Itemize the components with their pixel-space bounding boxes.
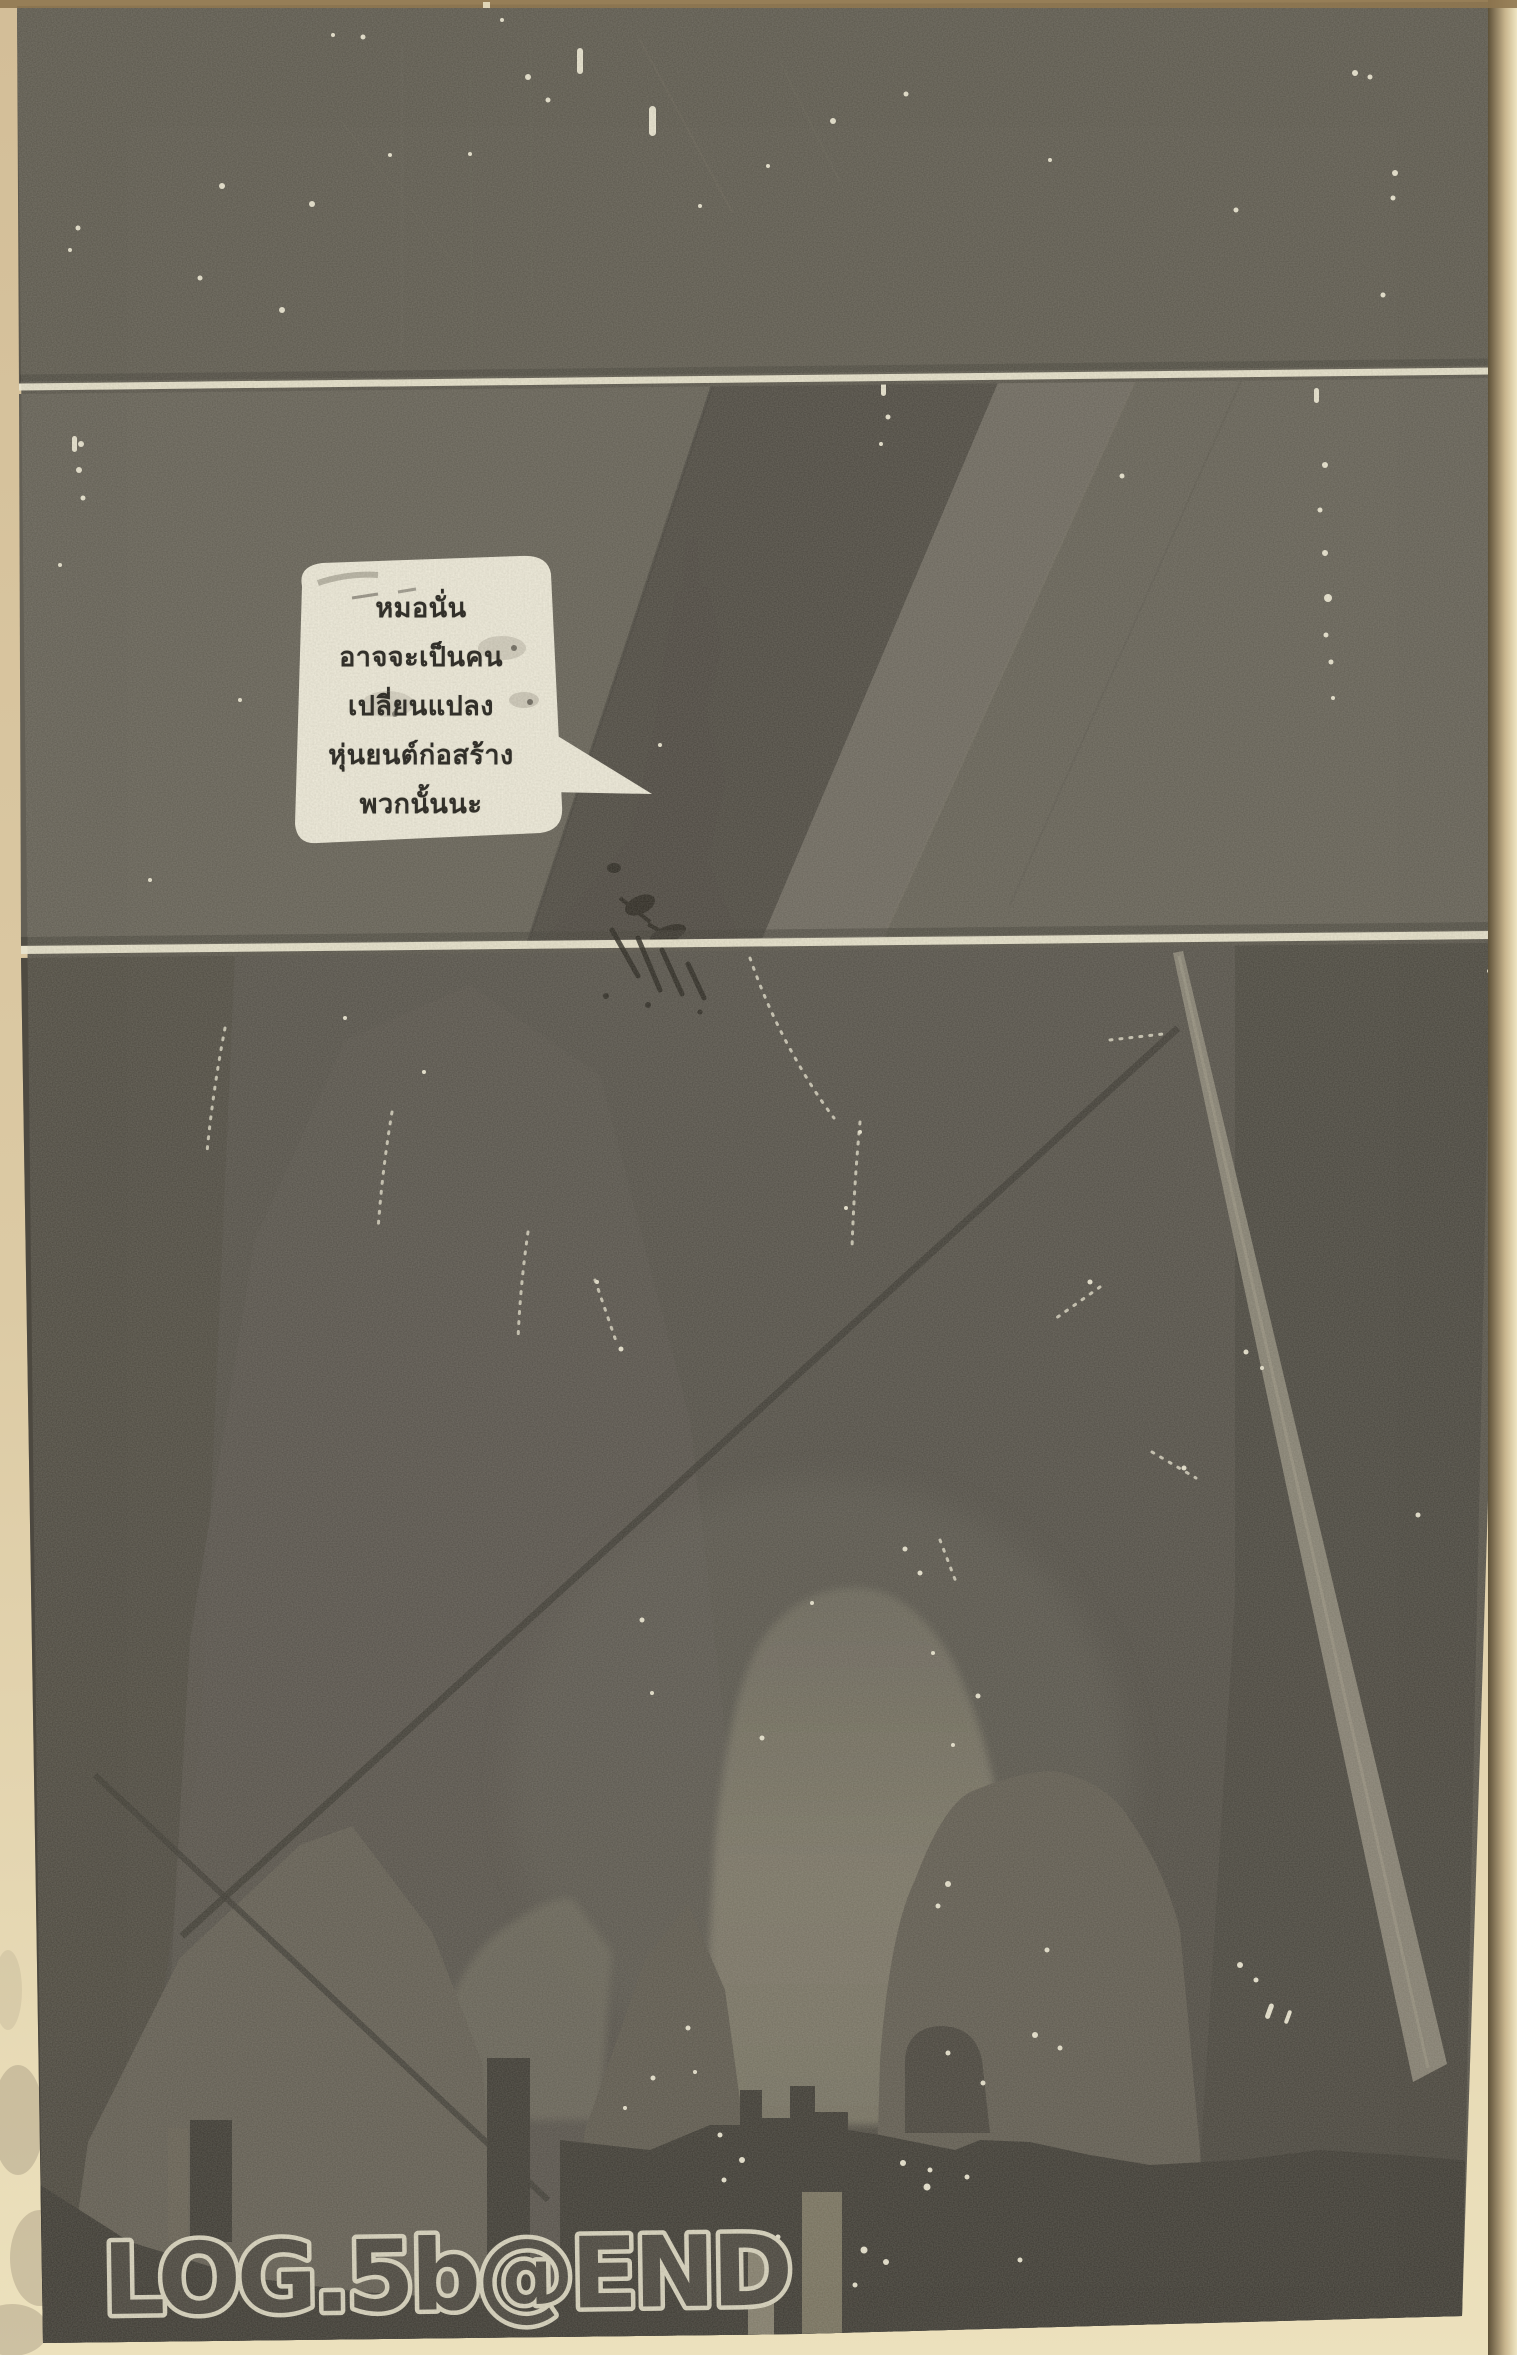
speech-line: เปลี่ยนแปลง [294,682,548,731]
speech-line: อาจจะเป็นคน [294,633,548,682]
page-edge-right [1488,0,1517,2355]
page-edge-top-nick [483,2,490,8]
speech-line: พวกนั้นนะ [294,780,548,829]
speech-text: หมอนั่น อาจจะเป็นคน เปลี่ยนแปลง หุ่นยนต์… [294,584,548,829]
speech-line: หุ่นยนต์ก่อสร้าง [294,731,548,780]
manga-artwork: LOG.5b@END [0,0,1517,2355]
speech-line: หมอนั่น [294,584,548,633]
grain-texture [0,0,1517,2355]
page-edge-top [0,0,1517,8]
page-root: LOG.5b@END หมอนั่น อาจจะเป็นคน เปลี่ยนแป… [0,0,1517,2355]
